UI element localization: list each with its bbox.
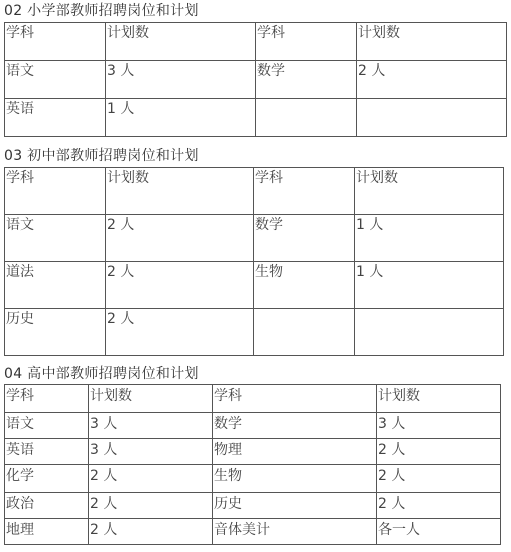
header-cell: 计划数 <box>377 385 501 413</box>
table-row: 地理 2 人 音体美计 各一人 <box>5 519 501 545</box>
count-cell: 1 人 <box>355 215 504 262</box>
subject-cell: 语文 <box>5 61 106 99</box>
subject-cell: 物理 <box>213 439 377 465</box>
table-row: 道法 2 人 生物 1 人 <box>5 262 504 309</box>
subject-cell: 英语 <box>5 439 89 465</box>
subject-cell <box>256 99 357 137</box>
subject-cell: 历史 <box>5 309 106 356</box>
count-cell: 2 人 <box>89 493 213 519</box>
subject-cell: 英语 <box>5 99 106 137</box>
subject-cell <box>254 309 355 356</box>
subject-cell: 道法 <box>5 262 106 309</box>
subject-cell: 数学 <box>256 61 357 99</box>
count-cell: 1 人 <box>106 99 256 137</box>
count-cell: 2 人 <box>106 215 254 262</box>
count-cell: 2 人 <box>89 465 213 493</box>
count-cell: 3 人 <box>377 413 501 439</box>
count-cell <box>355 309 504 356</box>
table-row: 语文 3 人 数学 2 人 <box>5 61 507 99</box>
section-title-high: 04 高中部教师招聘岗位和计划 <box>4 365 199 383</box>
subject-cell: 数学 <box>254 215 355 262</box>
subject-cell: 生物 <box>213 465 377 493</box>
section-title-middle: 03 初中部教师招聘岗位和计划 <box>4 147 199 165</box>
header-cell: 学科 <box>5 385 89 413</box>
count-cell: 3 人 <box>89 413 213 439</box>
subject-cell: 音体美计 <box>213 519 377 545</box>
subject-cell: 语文 <box>5 215 106 262</box>
table-header-row: 学科 计划数 学科 计划数 <box>5 23 507 61</box>
subject-cell: 生物 <box>254 262 355 309</box>
header-cell: 计划数 <box>106 168 254 215</box>
count-cell: 2 人 <box>89 519 213 545</box>
table-row: 历史 2 人 <box>5 309 504 356</box>
header-cell: 计划数 <box>106 23 256 61</box>
section-title-primary: 02 小学部教师招聘岗位和计划 <box>4 2 199 20</box>
table-row: 政治 2 人 历史 2 人 <box>5 493 501 519</box>
table-row: 化学 2 人 生物 2 人 <box>5 465 501 493</box>
header-cell: 计划数 <box>357 23 507 61</box>
subject-cell: 历史 <box>213 493 377 519</box>
subject-cell: 语文 <box>5 413 89 439</box>
subject-cell: 化学 <box>5 465 89 493</box>
count-cell: 2 人 <box>106 262 254 309</box>
header-cell: 学科 <box>256 23 357 61</box>
count-cell: 2 人 <box>377 465 501 493</box>
subject-cell: 数学 <box>213 413 377 439</box>
header-cell: 学科 <box>5 168 106 215</box>
count-cell: 2 人 <box>377 493 501 519</box>
header-cell: 计划数 <box>89 385 213 413</box>
table-row: 语文 3 人 数学 3 人 <box>5 413 501 439</box>
subject-cell: 政治 <box>5 493 89 519</box>
table-row: 语文 2 人 数学 1 人 <box>5 215 504 262</box>
table-header-row: 学科 计划数 学科 计划数 <box>5 385 501 413</box>
header-cell: 计划数 <box>355 168 504 215</box>
count-cell: 各一人 <box>377 519 501 545</box>
high-school-plan-table: 学科 计划数 学科 计划数 语文 3 人 数学 3 人 英语 3 人 物理 2 … <box>4 384 501 545</box>
table-row: 英语 1 人 <box>5 99 507 137</box>
table-row: 英语 3 人 物理 2 人 <box>5 439 501 465</box>
middle-school-plan-table: 学科 计划数 学科 计划数 语文 2 人 数学 1 人 道法 2 人 生物 1 … <box>4 167 504 356</box>
count-cell: 2 人 <box>106 309 254 356</box>
count-cell: 2 人 <box>377 439 501 465</box>
header-cell: 学科 <box>5 23 106 61</box>
count-cell: 1 人 <box>355 262 504 309</box>
count-cell: 3 人 <box>89 439 213 465</box>
count-cell <box>357 99 507 137</box>
table-header-row: 学科 计划数 学科 计划数 <box>5 168 504 215</box>
header-cell: 学科 <box>213 385 377 413</box>
count-cell: 2 人 <box>357 61 507 99</box>
header-cell: 学科 <box>254 168 355 215</box>
primary-school-plan-table: 学科 计划数 学科 计划数 语文 3 人 数学 2 人 英语 1 人 <box>4 22 507 137</box>
subject-cell: 地理 <box>5 519 89 545</box>
count-cell: 3 人 <box>106 61 256 99</box>
